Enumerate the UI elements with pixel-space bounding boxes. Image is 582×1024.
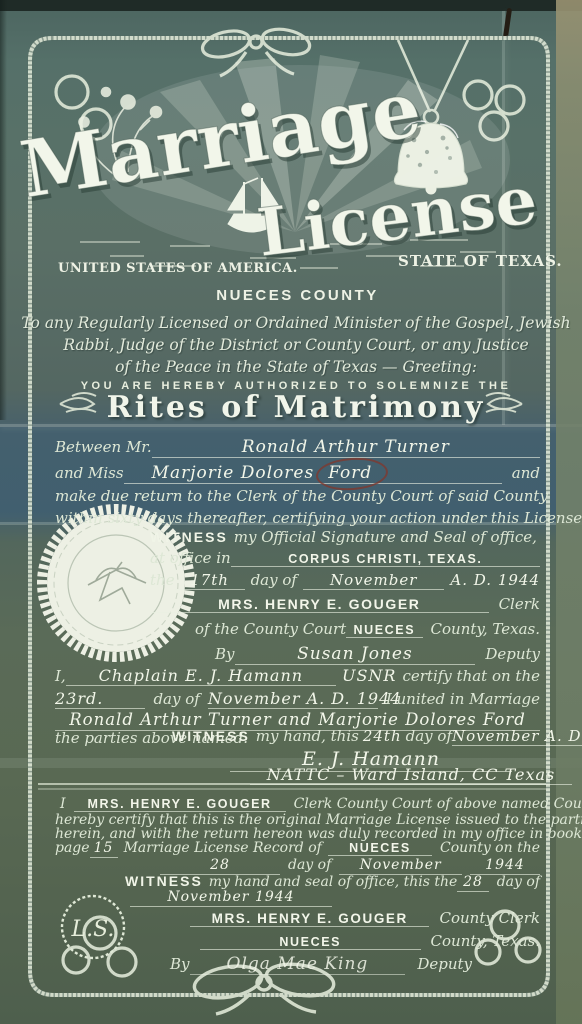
deputy-label: Deputy <box>417 955 472 973</box>
between-label: Between Mr. <box>55 438 152 456</box>
county-texas-label: County, Texas. <box>431 620 540 638</box>
bottom-clerk-stamp: MRS. HENRY E. GOUGER <box>190 911 429 927</box>
witness-day-of: day of <box>497 874 540 891</box>
certify-rest: certify that on the <box>402 667 540 685</box>
marriage-license-photo: Marriage Marriage License License UNITED… <box>0 0 582 1024</box>
day-of-label: day of <box>288 857 331 874</box>
at-office-line: at office in CORPUS CHRISTI, TEXAS. <box>150 549 540 567</box>
and-miss-label: and Miss <box>55 464 124 482</box>
bottom-county-stamp: NUECES <box>200 935 421 950</box>
witness-word: WITNESS <box>150 529 228 545</box>
office-city-stamp: CORPUS CHRISTI, TEXAS. <box>231 552 540 567</box>
page-label: page <box>55 840 90 857</box>
witness-rest: my Official Signature and Seal of office… <box>234 528 537 546</box>
officiant-name: Chaplain E. J. Hamann <box>66 666 336 686</box>
and-suffix: and <box>512 464 540 482</box>
record-of-label: Marriage License Record of <box>124 840 322 857</box>
deputy-line: By Susan Jones Deputy <box>215 644 540 665</box>
record-witness-day: 28 <box>457 874 488 892</box>
i-label: I, <box>55 667 66 685</box>
witness-word: WITNESS <box>172 728 250 744</box>
officiant-branch: USNR <box>342 666 397 685</box>
witness-day-of: day of <box>406 727 452 745</box>
groom-line: Between Mr. Ronald Arthur Turner <box>55 437 540 458</box>
bride-surname-circled: Ford <box>328 463 372 483</box>
license-date-line: the 17th day of November A. D. 1944 <box>150 571 540 590</box>
at-office-label: at office in <box>150 549 231 567</box>
caption-united-states: UNITED STATES OF AMERICA. <box>58 261 298 276</box>
by-label: By <box>170 955 190 973</box>
record-witness-month-year: November 1944 <box>130 889 332 907</box>
bride-line: and Miss Marjorie Dolores Ford and <box>55 463 540 484</box>
greeting-line1: To any Regularly Licensed or Ordained Mi… <box>50 314 542 333</box>
witness-word: WITNESS <box>125 873 203 889</box>
deputy-signature: Susan Jones <box>235 644 476 665</box>
the-label: the <box>150 571 175 589</box>
marriage-date-line: 23rd. day of November A. D. 1944 I unite… <box>55 689 540 709</box>
day-of-label: day of <box>153 690 199 708</box>
license-day: 17th <box>175 571 245 590</box>
marriage-day: 23rd. <box>55 689 145 709</box>
clerk-label: Clerk <box>499 595 540 613</box>
minister-certify-line: I, Chaplain E. J. Hamann USNR certify th… <box>55 666 540 686</box>
bottom-clerk-line: MRS. HENRY E. GOUGER County Clerk <box>190 909 540 927</box>
greeting-line3: of the Peace in the State of Texas — Gre… <box>50 358 542 377</box>
bottom-deputy-line: By Olga Mae King Deputy <box>170 954 472 975</box>
minister-location: NATTC – Ward Island, CC Texas <box>250 765 572 785</box>
county-stamp: NUECES <box>346 623 422 638</box>
marriage-month: November A. D. 1944 <box>208 689 378 709</box>
county-on-label: County on the <box>440 840 540 857</box>
ls-label: L.S. <box>71 917 115 942</box>
bottom-county-texas: County, Texas. <box>431 932 540 950</box>
record-page-line: page 15 Marriage License Record of NUECE… <box>55 840 540 858</box>
rites-title: Rites of Matrimony <box>50 390 542 425</box>
record-month-line: November 1944 <box>130 889 332 907</box>
groom-name: Ronald Arthur Turner <box>152 437 540 458</box>
day-of-label: day of <box>251 571 297 589</box>
witness-rest: my hand, this <box>256 727 359 745</box>
bottom-county-line: NUECES County, Texas. <box>200 932 540 950</box>
caption-state-of-texas: STATE OF TEXAS. <box>398 252 563 270</box>
minister-witness-line: WITNESS my hand, this 24th day of Novemb… <box>172 727 540 746</box>
witness-day: 24th <box>363 727 402 745</box>
i-label: I <box>60 796 66 813</box>
clerk-name-line: MRS. HENRY E. GOUGER Clerk <box>150 595 540 613</box>
license-ad-year: A. D. 1944 <box>450 571 540 589</box>
county-clerk-label: County Clerk <box>439 909 540 927</box>
witness-office-line: WITNESS my Official Signature and Seal o… <box>150 528 540 546</box>
page-number: 15 <box>90 840 118 858</box>
record-clerk-stamp: MRS. HENRY E. GOUGER <box>74 797 286 812</box>
bottom-deputy-signature: Olga Mae King <box>190 954 406 975</box>
bride-given-name: Marjorie Dolores <box>152 463 315 483</box>
clerk-name-stamp: MRS. HENRY E. GOUGER <box>150 596 489 613</box>
by-label: By <box>215 645 235 663</box>
united-rest: I united in Marriage <box>386 690 540 708</box>
witness-month: November A. D. 1944 <box>452 727 582 746</box>
record-clerk-line: I MRS. HENRY E. GOUGER Clerk County Cour… <box>60 796 540 813</box>
county-heading: NUECES COUNTY <box>55 287 540 304</box>
minister-location-line: NATTC – Ward Island, CC Texas <box>250 765 572 785</box>
license-month: November <box>303 571 444 590</box>
greeting-line2: Rabbi, Judge of the District or County C… <box>50 336 542 355</box>
record-county-stamp: NUECES <box>328 841 432 856</box>
record-clerk-of: Clerk County Court of above named County… <box>294 796 582 813</box>
court-line: of the County Court NUECES County, Texas… <box>195 620 540 638</box>
deputy-label: Deputy <box>485 645 540 663</box>
return-line2: within sixty days thereafter, certifying… <box>55 509 540 527</box>
court-label: of the County Court <box>195 620 346 638</box>
return-line1: make due return to the Clerk of the Coun… <box>55 487 540 505</box>
title-art: Marriage Marriage License License UNITED… <box>15 63 563 276</box>
